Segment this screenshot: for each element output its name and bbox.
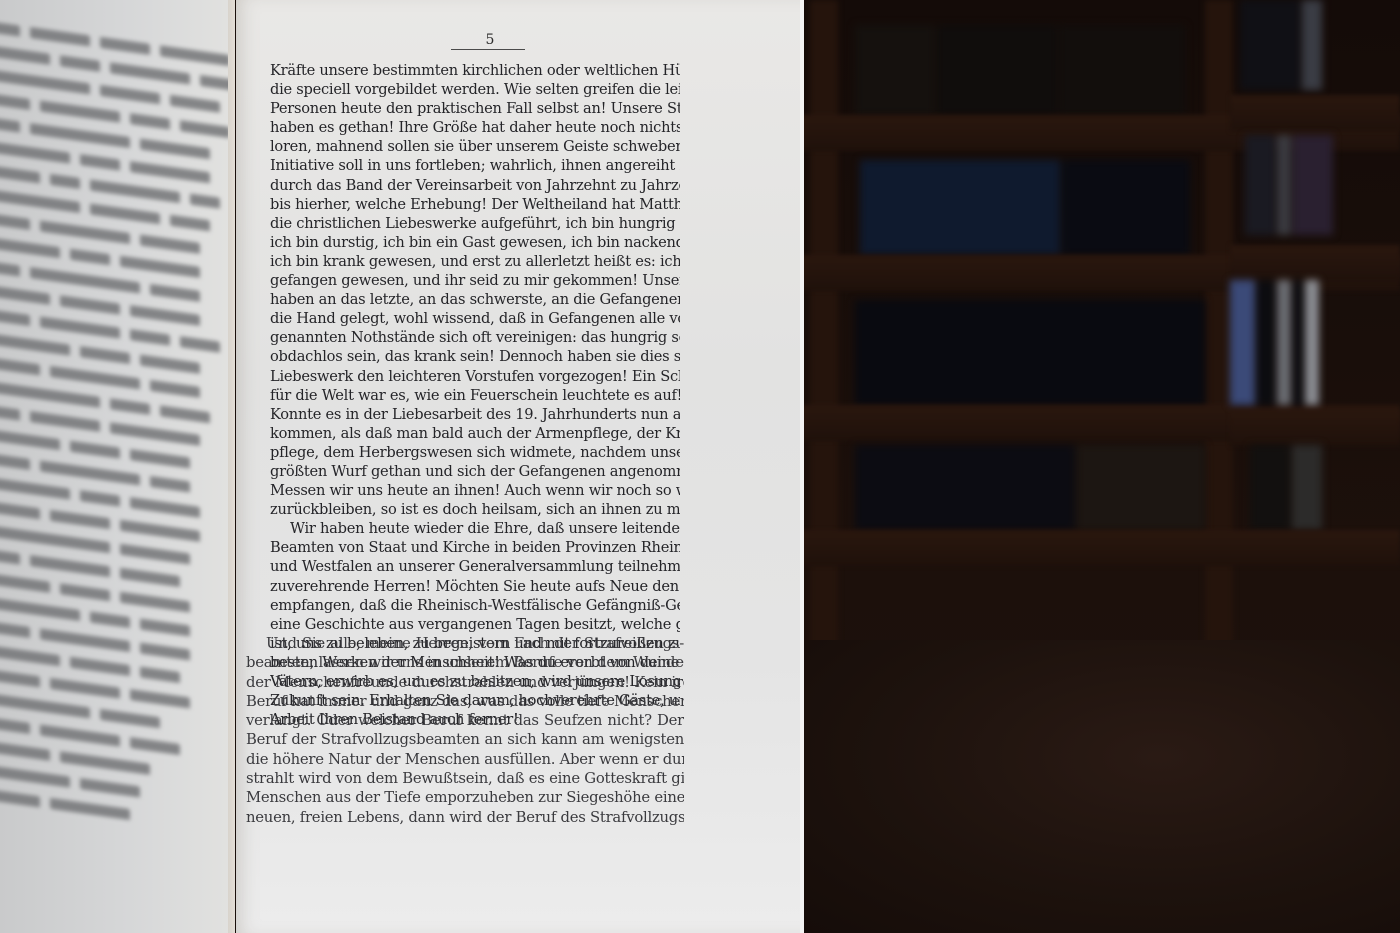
- text-line: Menschen aus der Tiefe emporzuheben zur …: [246, 788, 684, 807]
- text-line: Liebeswerk den leichteren Vorstufen vorg…: [270, 367, 680, 386]
- text-line: die speciell vorgebildet werden. Wie sel…: [270, 80, 680, 99]
- page-text-lower: Und Sie alle, meine Herren, vom Fach der…: [246, 634, 684, 827]
- text-line: Kräfte unsere bestimmten kirchlichen ode…: [270, 61, 680, 80]
- book-row: [855, 25, 1185, 115]
- shelf-board: [1230, 410, 1400, 446]
- page-number-rule: [451, 49, 525, 50]
- book-gutter: [228, 0, 235, 933]
- text-line: loren, mahnend sollen sie über unserem G…: [270, 137, 680, 156]
- text-line: bis hierher, welche Erhebung! Der Welthe…: [270, 195, 680, 214]
- text-line: Beamten von Staat und Kirche in beiden P…: [270, 538, 680, 557]
- text-line: kommen, als daß man bald auch der Armenp…: [270, 424, 680, 443]
- text-line: strahlt wird von dem Bewußtsein, daß es …: [246, 769, 684, 788]
- text-line: haben an das letzte, an das schwerste, a…: [270, 290, 680, 309]
- book-row: [1240, 0, 1390, 90]
- text-line: ich bin durstig, ich bin ein Gast gewese…: [270, 233, 680, 252]
- text-line: Konnte es in der Liebesarbeit des 19. Ja…: [270, 405, 680, 424]
- text-line: Initiative soll in uns fortleben; wahrli…: [270, 156, 680, 175]
- book-row: [855, 445, 1205, 530]
- shelf-board: [800, 530, 1400, 566]
- text-line: die Hand gelegt, wohl wissend, daß in Ge…: [270, 309, 680, 328]
- text-line: gefangen gewesen, und ihr seid zu mir ge…: [270, 271, 680, 290]
- text-line: Personen heute den praktischen Fall selb…: [270, 99, 680, 118]
- text-line: ich bin krank gewesen, und erst zu aller…: [270, 252, 680, 271]
- shelf-board: [1230, 245, 1400, 281]
- book-row: [1245, 135, 1395, 235]
- text-line: empfangen, daß die Rheinisch-Westfälisch…: [270, 596, 680, 615]
- book-row: [1230, 280, 1400, 405]
- page-edge: [800, 0, 804, 933]
- text-line: durch das Band der Vereinsarbeit von Jah…: [270, 176, 680, 195]
- text-line: der Menschenfreunde durchstrahlen und ve…: [246, 673, 684, 692]
- text-line: und Westfalen an unserer Generalversamml…: [270, 557, 680, 576]
- book-row: [860, 160, 1190, 255]
- text-line: die christlichen Liebeswerke aufgeführt,…: [270, 214, 680, 233]
- text-line: größten Wurf gethan und sich der Gefange…: [270, 462, 680, 481]
- text-line: beamten, lassen wir uns in unserem Beruf…: [246, 653, 684, 672]
- text-line: Beruf der Strafvollzugsbeamten an sich k…: [246, 730, 684, 749]
- text-line: Beruf hat immer und ganz das, was das vo…: [246, 692, 684, 711]
- page-number: 5: [455, 32, 525, 48]
- text-line: pflege, dem Herbergswesen sich widmete, …: [270, 443, 680, 462]
- left-page-blurred-text: [0, 0, 235, 849]
- text-line: verlangt. Oder welcher Beruf kennt das S…: [246, 711, 684, 730]
- text-line-paragraph-start: Wir haben heute wieder die Ehre, daß uns…: [270, 519, 680, 538]
- text-line: für die Welt war es, wie ein Feuerschein…: [270, 386, 680, 405]
- photo-scene: 5 Kräfte unsere bestimmten kirchlichen o…: [0, 0, 1400, 933]
- wooden-table: [800, 640, 1400, 933]
- text-line: neuen, freien Lebens, dann wird der Beru…: [246, 808, 684, 827]
- book-row: [1250, 445, 1400, 530]
- text-line: haben es gethan! Ihre Größe hat daher he…: [270, 118, 680, 137]
- text-line: Messen wir uns heute an ihnen! Auch wenn…: [270, 481, 680, 500]
- shelf-board: [1230, 95, 1400, 131]
- book-row: [855, 300, 1205, 405]
- text-line: zurückbleiben, so ist es doch heilsam, s…: [270, 500, 680, 519]
- text-line: zuverehrende Herren! Möchten Sie heute a…: [270, 577, 680, 596]
- page-text-upper: Kräfte unsere bestimmten kirchlichen ode…: [270, 61, 680, 729]
- text-line: obdachlos sein, das krank sein! Dennoch …: [270, 347, 680, 366]
- text-line: die höhere Natur der Menschen ausfüllen.…: [246, 750, 684, 769]
- text-line-paragraph-start: Und Sie alle, meine Herren, vom Fach der…: [246, 634, 684, 653]
- left-page: [0, 0, 235, 933]
- text-line: eine Geschichte aus vergangenen Tagen be…: [270, 615, 680, 634]
- text-line: genannten Nothstände sich oft vereinigen…: [270, 328, 680, 347]
